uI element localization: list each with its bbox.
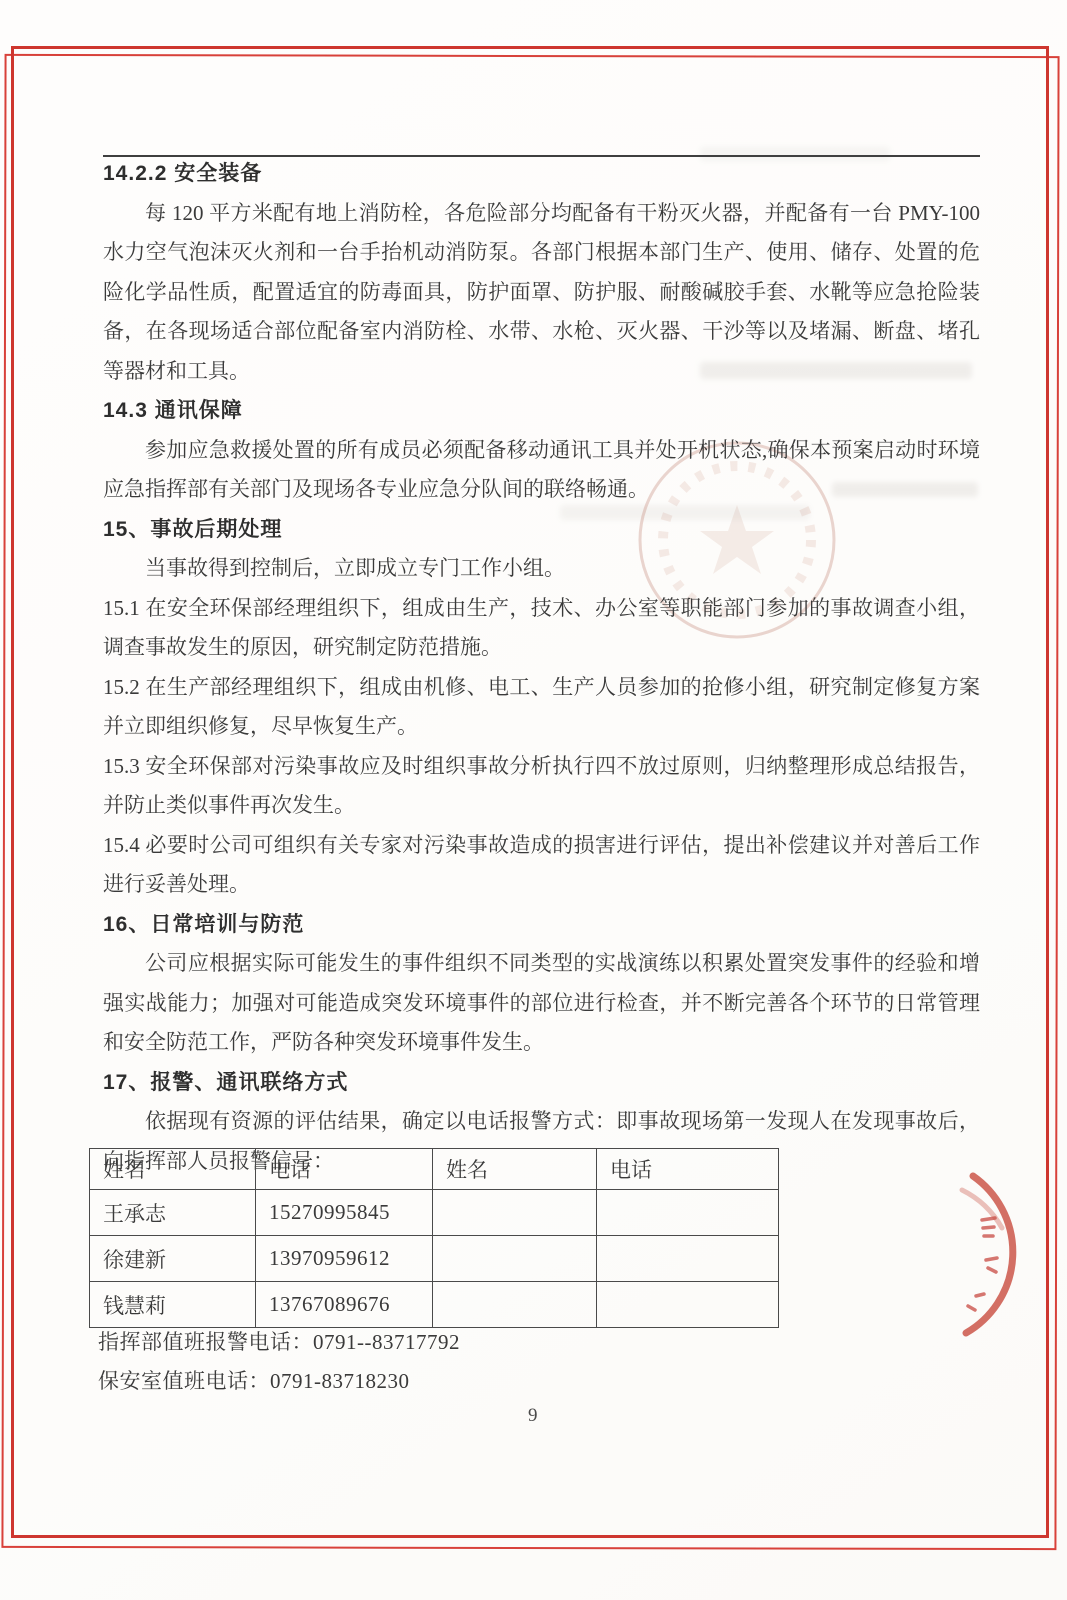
col-header-name: 姓名: [90, 1149, 256, 1190]
section-item-15-2: 15.2 在生产部经理组织下，组成由机修、电工、生产人员参加的抢修小组，研究制定…: [103, 668, 980, 747]
section-heading-15: 15、事故后期处理: [103, 510, 980, 550]
section-paragraph: 每 120 平方米配有地上消防栓，各危险部分均配备有干粉灭火器，并配备有一台 P…: [103, 194, 980, 392]
table-row: 钱慧莉 13767089676: [90, 1282, 779, 1328]
name-cell: 王承志: [90, 1190, 256, 1236]
section-heading-16: 16、日常培训与防范: [103, 905, 980, 945]
section-paragraph: 参加应急救援处置的所有成员必须配备移动通讯工具并处开机状态,确保本预案启动时环境…: [103, 431, 980, 510]
col-header-name: 姓名: [433, 1149, 597, 1190]
section-item-15-4: 15.4 必要时公司可组织有关专家对污染事故造成的损害进行评估，提出补偿建议并对…: [103, 826, 980, 905]
section-item-15-3: 15.3 安全环保部对污染事故应及时组织事故分析执行四不放过原则，归纳整理形成总…: [103, 747, 980, 826]
phone-cell: 15270995845: [256, 1190, 433, 1236]
phone-cell: 13970959612: [256, 1236, 433, 1282]
name-cell: [433, 1282, 597, 1328]
section-heading-14-2-2: 14.2.2 安全装备: [103, 154, 980, 194]
phone-cell: [597, 1236, 779, 1282]
duty-alarm-phone-line: 指挥部值班报警电话：0791--83717792: [98, 1326, 460, 1356]
table-row: 徐建新 13970959612: [90, 1236, 779, 1282]
section-paragraph: 当事故得到控制后，立即成立专门工作小组。: [103, 549, 980, 589]
name-cell: [433, 1190, 597, 1236]
scanned-document-page: 14.2.2 安全装备 每 120 平方米配有地上消防栓，各危险部分均配备有干粉…: [0, 0, 1067, 1600]
col-header-phone: 电话: [597, 1149, 779, 1190]
name-cell: 钱慧莉: [90, 1282, 256, 1328]
section-heading-17: 17、报警、通讯联络方式: [103, 1063, 980, 1103]
security-room-phone-line: 保安室值班电话：0791-83718230: [98, 1365, 410, 1395]
table-row: 王承志 15270995845: [90, 1190, 779, 1236]
section-paragraph: 公司应根据实际可能发生的事件组织不同类型的实战演练以积累处置突发事件的经验和增强…: [103, 944, 980, 1063]
page-number: 9: [528, 1405, 538, 1427]
col-header-phone: 电话: [256, 1149, 433, 1190]
name-cell: 徐建新: [90, 1236, 256, 1282]
contact-table: 姓名 电话 姓名 电话 王承志 15270995845 徐建新 13970959…: [89, 1148, 779, 1328]
section-heading-14-3: 14.3 通讯保障: [103, 391, 980, 431]
document-body: 14.2.2 安全装备 每 120 平方米配有地上消防栓，各危险部分均配备有干粉…: [103, 154, 980, 1181]
phone-cell: [597, 1190, 779, 1236]
table-header-row: 姓名 电话 姓名 电话: [90, 1149, 779, 1190]
phone-cell: [597, 1282, 779, 1328]
name-cell: [433, 1236, 597, 1282]
phone-cell: 13767089676: [256, 1282, 433, 1328]
section-item-15-1: 15.1 在安全环保部经理组织下，组成由生产，技术、办公室等职能部门参加的事故调…: [103, 589, 980, 668]
